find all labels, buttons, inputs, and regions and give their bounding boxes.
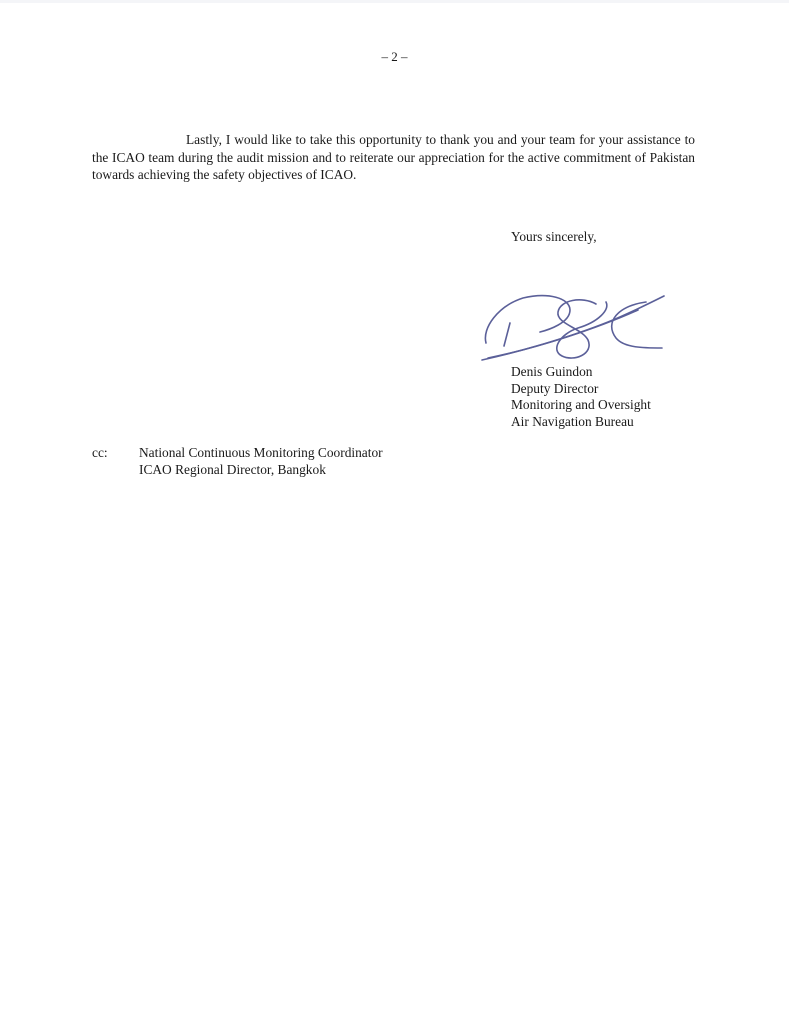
cc-recipient: National Continuous Monitoring Coordinat…: [139, 445, 383, 462]
signature-icon: [478, 288, 673, 366]
closing-paragraph: Lastly, I would like to take this opport…: [92, 131, 695, 184]
cc-recipient: ICAO Regional Director, Bangkok: [139, 462, 383, 479]
page-number: – 2 –: [0, 49, 789, 65]
cc-label: cc:: [92, 445, 108, 462]
complimentary-close: Yours sincerely,: [511, 229, 597, 245]
top-strip: [0, 0, 789, 3]
cc-recipients: National Continuous Monitoring Coordinat…: [139, 445, 383, 478]
signatory-title: Deputy Director: [511, 381, 651, 398]
signature-block: Denis Guindon Deputy Director Monitoring…: [511, 364, 651, 430]
signatory-division: Monitoring and Oversight: [511, 397, 651, 414]
signatory-bureau: Air Navigation Bureau: [511, 414, 651, 431]
signatory-name: Denis Guindon: [511, 364, 651, 381]
